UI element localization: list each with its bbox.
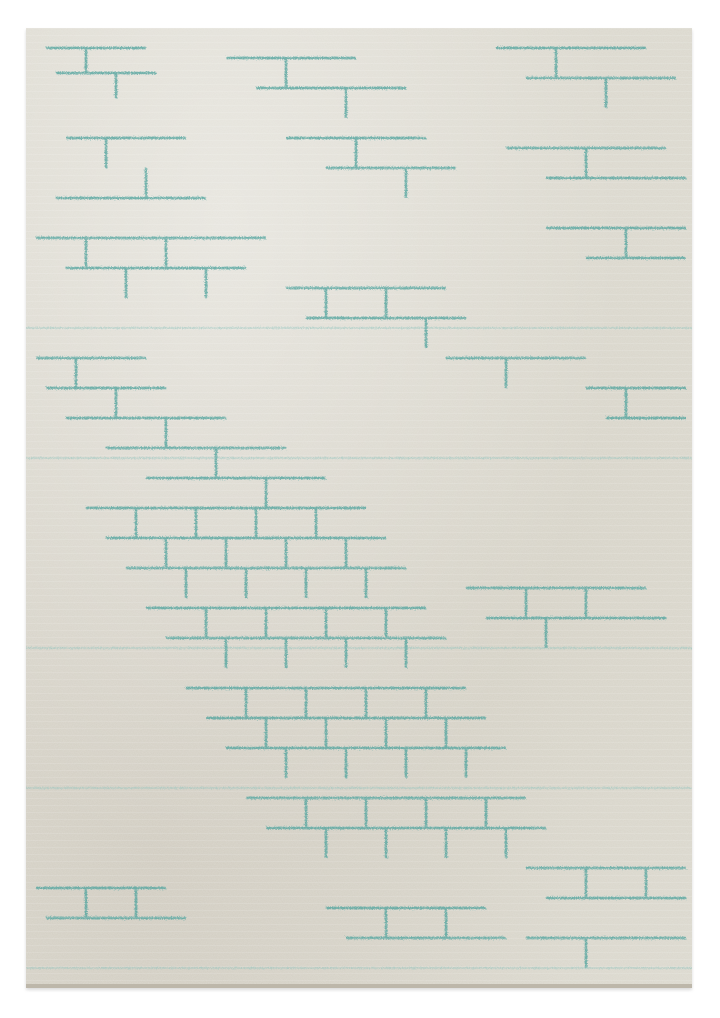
rug [26, 28, 692, 988]
pile-sheen [26, 28, 692, 988]
rug-edge [26, 984, 692, 988]
